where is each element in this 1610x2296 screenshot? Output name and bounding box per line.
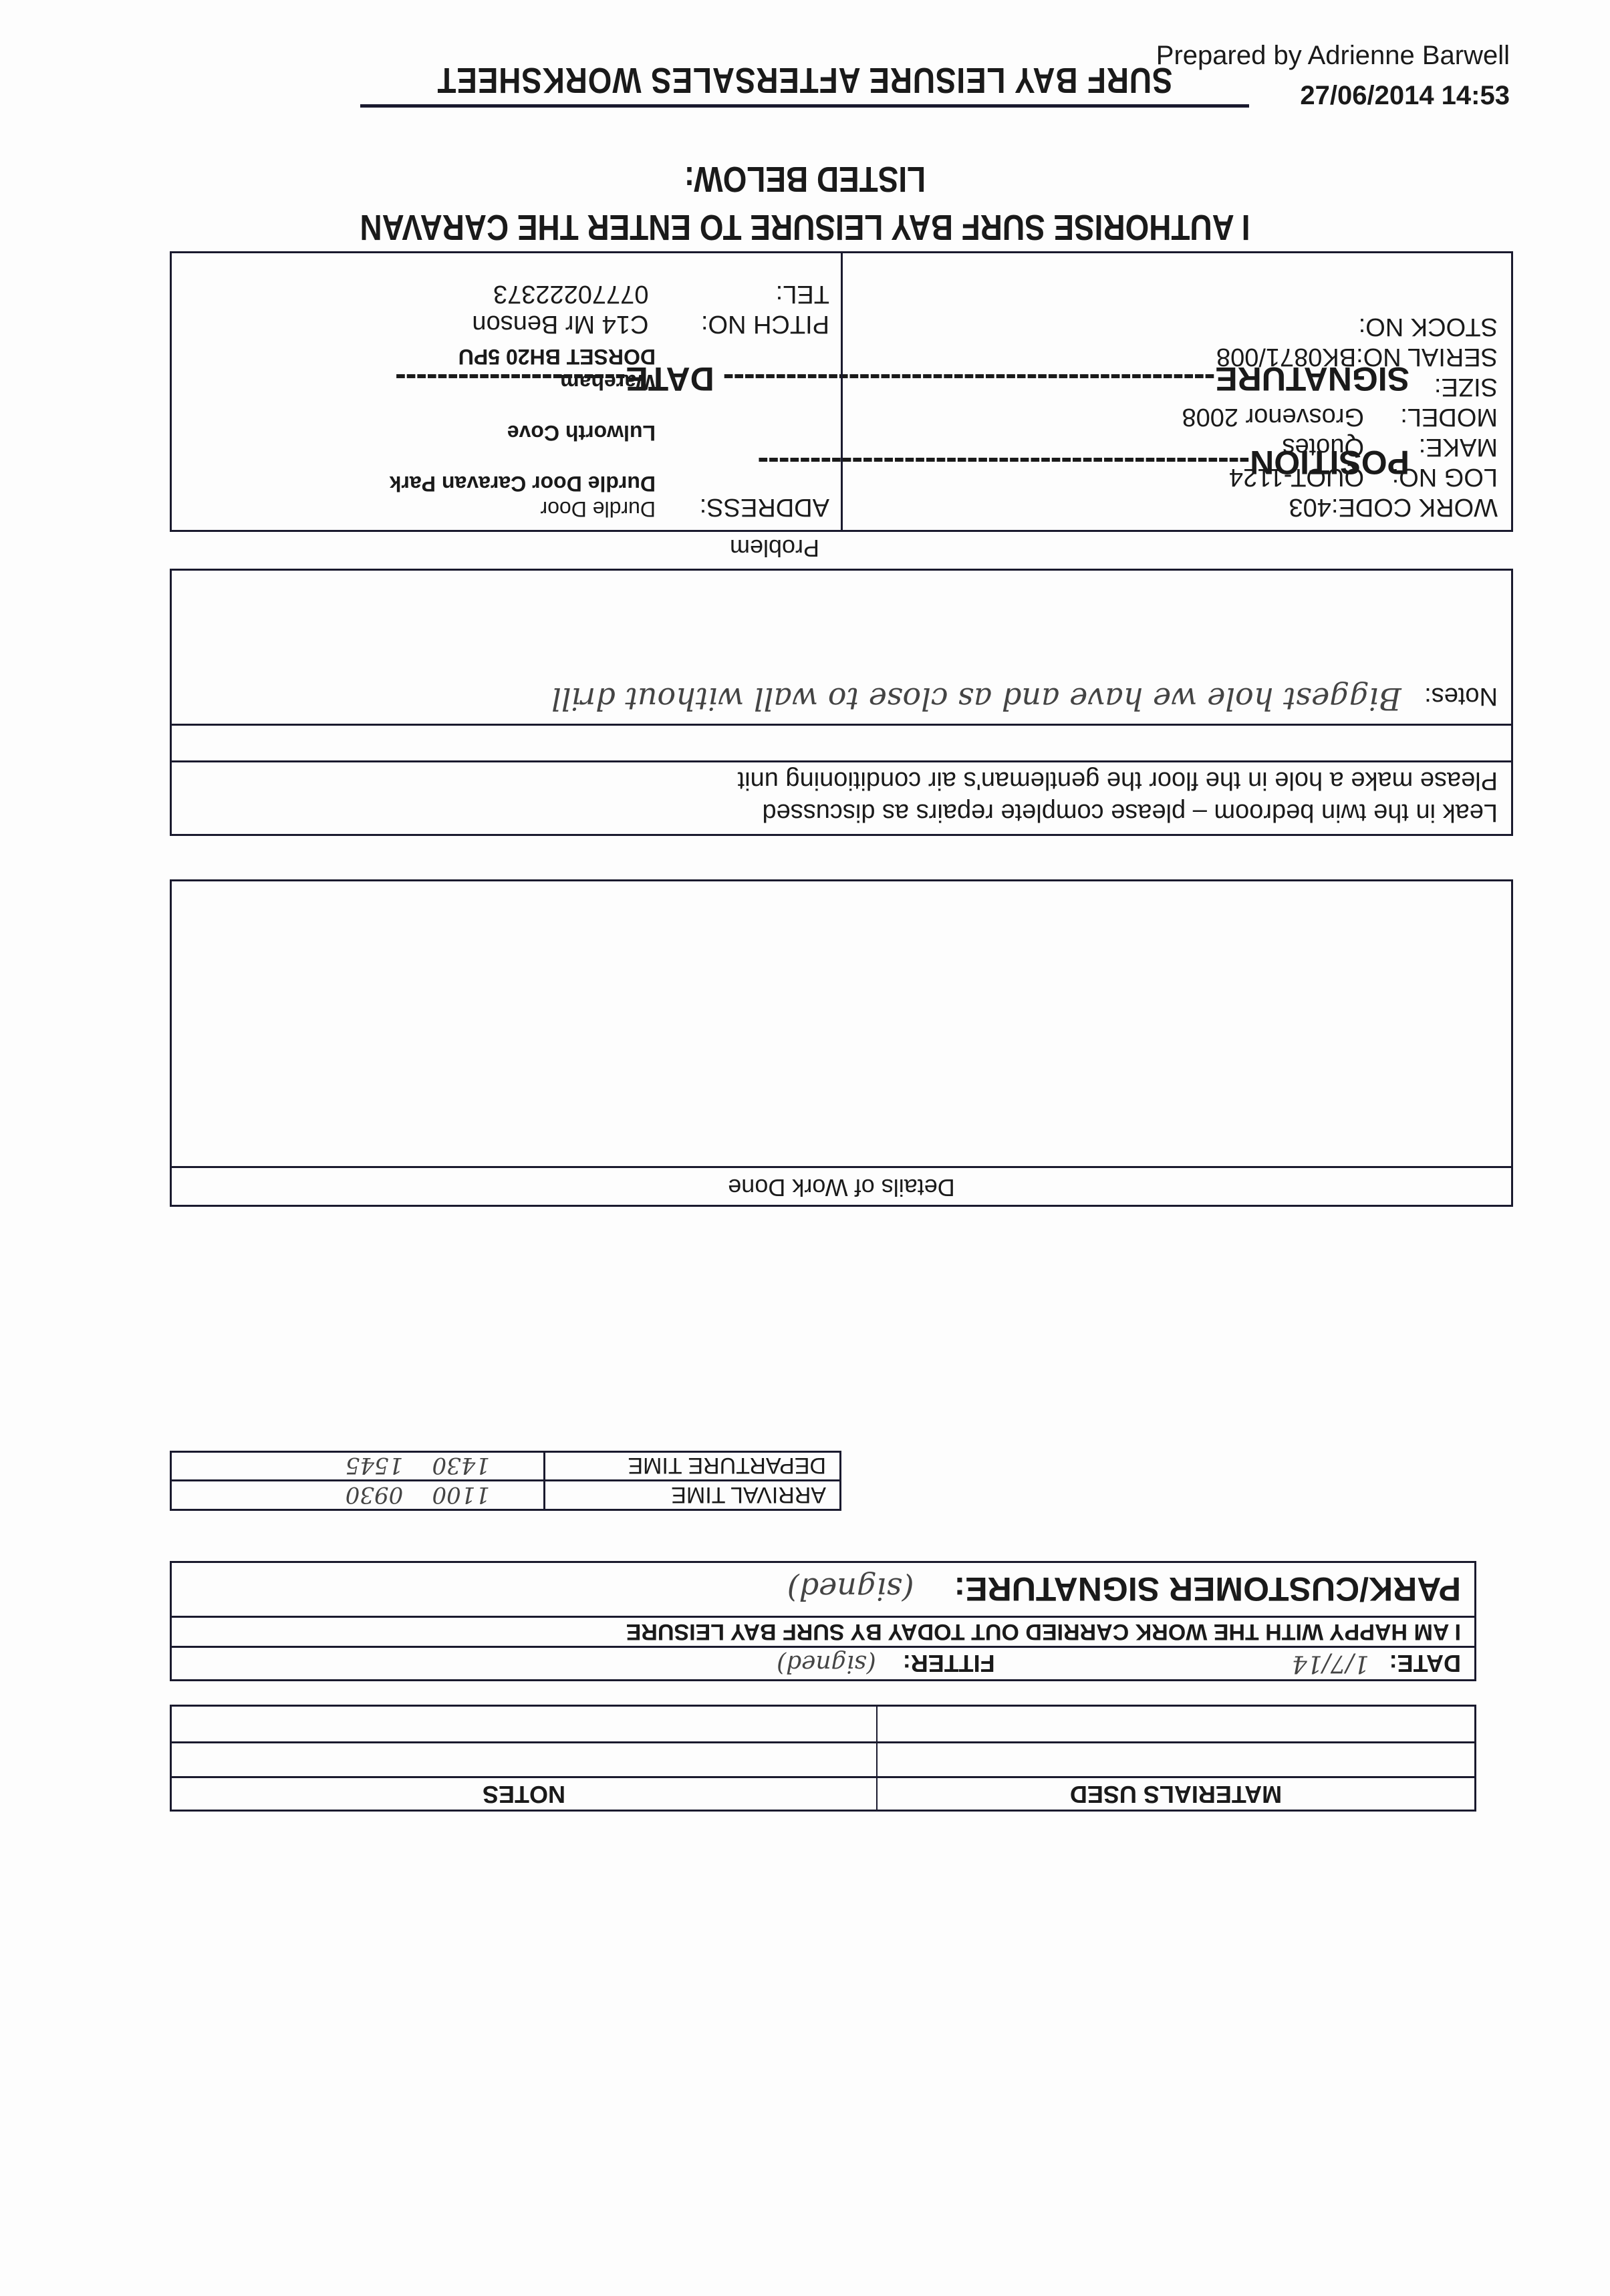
address-lines: Durdle DoorDurdle Door Caravan ParkLulwo… — [390, 344, 656, 522]
notes-handwritten[interactable]: Biggest hole we have and as close to wal… — [551, 681, 1401, 717]
notes-row: Notes: Biggest hole we have and as close… — [172, 571, 1511, 724]
job-field-row: MAKE:Quotes — [856, 432, 1498, 462]
customer-signature-row: PARK/CUSTOMER SIGNATURE: (signed) — [172, 1563, 1474, 1616]
materials-table: MATERIALS USED NOTES — [170, 1705, 1476, 1812]
address-line: Durdle Door — [390, 496, 656, 522]
details-field[interactable] — [172, 885, 1511, 1166]
customer-signature-label: PARK/CUSTOMER SIGNATURE: — [954, 1570, 1461, 1609]
authorisation-text: I AUTHORISE SURF BAY LEISURE TO ENTER TH… — [121, 155, 1490, 251]
arrival-row: ARRIVAL TIME 1100 0930 — [172, 1479, 839, 1509]
job-field-label: SIZE: — [1364, 372, 1498, 402]
fitter-signature[interactable]: (signed) — [777, 1650, 876, 1677]
departure-value[interactable]: 1430 1545 — [346, 1451, 543, 1479]
column-divider — [841, 253, 843, 530]
arrival-label: ARRIVAL TIME — [543, 1481, 839, 1509]
materials-used-cell[interactable] — [876, 1743, 1474, 1776]
tel-value: 07770222373 — [493, 280, 648, 308]
job-field-label: MAKE: — [1364, 432, 1498, 462]
problem-blank-row — [172, 724, 1511, 760]
times-box: ARRIVAL TIME 1100 0930 DEPARTURE TIME 14… — [170, 1451, 841, 1511]
problem-box: Leak in the twin bedroom – please comple… — [170, 569, 1513, 836]
fitter-label: FITTER: — [903, 1650, 995, 1678]
job-field-row: SERIAL NO:BK0871/008 — [856, 341, 1498, 372]
happy-statement: I AM HAPPY WITH THE WORK CARRIED OUT TOD… — [172, 1616, 1474, 1646]
tel-row: TEL: 07770222373 — [194, 279, 829, 309]
details-box: Details of Work Done — [170, 879, 1513, 1207]
notes-header: NOTES — [172, 1778, 876, 1810]
worksheet-page: SURF BAY LEISURE AFTERSALES WORKSHEET I … — [0, 0, 1610, 2296]
notes-label: Notes: — [1424, 682, 1498, 710]
authorisation-line-2: LISTED BELOW: — [121, 155, 1490, 203]
authorisation-line-1: I AUTHORISE SURF BAY LEISURE TO ENTER TH… — [121, 203, 1490, 251]
job-field-value: BK0871/008 — [1216, 343, 1356, 371]
signoff-date-value[interactable]: 1/7/14 — [995, 1650, 1369, 1677]
problem-text-row: Leak in the twin bedroom – please comple… — [172, 760, 1511, 834]
job-field-value: QUOT-1124 — [1229, 463, 1364, 491]
details-header: Details of Work Done — [172, 1166, 1511, 1205]
address-line: Wareham — [390, 370, 656, 395]
job-field-label: STOCK NO: — [1359, 311, 1498, 341]
customer-signature[interactable]: (signed) — [787, 1572, 914, 1608]
problem-label: Problem — [641, 534, 908, 562]
materials-row — [172, 1741, 1474, 1776]
arrival-value[interactable]: 1100 0930 — [346, 1481, 543, 1509]
notes-cell[interactable] — [172, 1707, 876, 1741]
materials-used-header: MATERIALS USED — [876, 1778, 1474, 1810]
job-field-label: LOG NO: — [1364, 462, 1498, 492]
document-title: SURF BAY LEISURE AFTERSALES WORKSHEET — [393, 59, 1217, 101]
address-line — [390, 446, 656, 471]
job-field-label: WORK CODE: — [1331, 492, 1498, 522]
address-column: ADDRESS: Durdle DoorDurdle Door Caravan … — [194, 279, 829, 522]
job-field-row: STOCK NO: — [856, 311, 1498, 341]
address-label: ADDRESS: — [656, 344, 829, 522]
job-field-row: MODEL:Grosvenor 2008 — [856, 402, 1498, 432]
departure-label: DEPARTURE TIME — [543, 1451, 839, 1479]
job-field-row: SIZE: — [856, 372, 1498, 402]
materials-row — [172, 1707, 1474, 1741]
departure-row: DEPARTURE TIME 1430 1545 — [172, 1451, 839, 1479]
pitch-row: PITCH NO: C14 Mr Benson — [194, 309, 829, 339]
tel-label: TEL: — [656, 279, 829, 309]
job-field-row: LOG NO:QUOT-1124 — [856, 462, 1498, 492]
address-line: Lulworth Cove — [390, 420, 656, 446]
pitch-value: C14 Mr Benson — [472, 310, 648, 338]
job-info-box: WORK CODE:403LOG NO:QUOT-1124MAKE:Quotes… — [170, 251, 1513, 532]
address-line — [390, 395, 656, 420]
problem-line-2: Please make a hole in the floor the gent… — [185, 764, 1498, 797]
job-field-value: Quotes — [1282, 433, 1364, 461]
materials-header-row: MATERIALS USED NOTES — [172, 1776, 1474, 1810]
job-field-value: Grosvenor 2008 — [1182, 403, 1365, 431]
address-line: DORSET BH20 5PU — [390, 344, 656, 370]
signoff-box: DATE: 1/7/14 FITTER: (signed) I AM HAPPY… — [170, 1561, 1476, 1681]
title-underline — [360, 104, 1249, 108]
signoff-date-label: DATE: — [1389, 1650, 1461, 1678]
prepared-by: Prepared by Adrienne Barwell — [1156, 41, 1510, 71]
job-field-label: MODEL: — [1364, 402, 1498, 432]
address-line: Durdle Door Caravan Park — [390, 471, 656, 496]
notes-cell[interactable] — [172, 1743, 876, 1776]
materials-rows — [172, 1707, 1474, 1776]
address-row: ADDRESS: Durdle DoorDurdle Door Caravan … — [194, 344, 829, 522]
materials-used-cell[interactable] — [876, 1707, 1474, 1741]
print-timestamp: 27/06/2014 14:53 — [1300, 81, 1510, 111]
pitch-label: PITCH NO: — [656, 309, 829, 339]
job-field-value: 403 — [1289, 493, 1331, 521]
job-field-row: WORK CODE:403 — [856, 492, 1498, 522]
date-fitter-row: DATE: 1/7/14 FITTER: (signed) — [172, 1646, 1474, 1679]
job-details-column: WORK CODE:403LOG NO:QUOT-1124MAKE:Quotes… — [856, 311, 1498, 522]
job-field-label: SERIAL NO: — [1356, 341, 1498, 372]
problem-line-1: Leak in the twin bedroom – please comple… — [185, 797, 1498, 829]
